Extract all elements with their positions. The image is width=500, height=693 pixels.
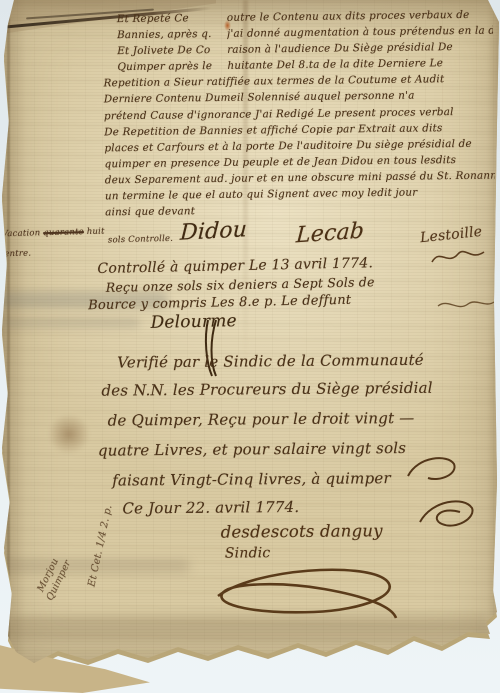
control-line-squiggle [436,296,496,314]
scanner-background: Et Repeté Ce outre le Contenu aux dits p… [0,0,500,693]
signature-didou: Didou [179,217,247,246]
signature-lestoille: Lestoille [419,224,483,246]
margin-note-struck-word: quarante [43,227,84,238]
act-left-segment: Bannies, après q. [95,26,227,44]
line-end-curl [404,450,460,486]
damp-stain [48,414,90,454]
margin-note-suffix: huit [84,227,105,238]
act-text-block: Et Repeté Ce outre le Contenu aux dits p… [95,7,496,221]
signature-lecab: Lecab [295,219,365,249]
manuscript-page: Et Repeté Ce outre le Contenu aux dits p… [0,0,500,678]
verification-line2: des N.N. les Procureurs du Siège présidi… [101,378,487,399]
date-paraph [414,492,480,538]
sindic-signature-flourish [196,556,406,628]
act-left-segment: Et Repeté Ce [95,10,227,28]
verification-line3: de Quimper, Reçu pour le droit vingt — [108,408,488,429]
act-closing-line: ainsi que devant [97,200,495,221]
act-left-segment: Quimper après le [95,58,227,76]
act-right-segment: huitante Del 8.ta de la dite Derniere Le [227,55,493,74]
control-registration-block: Controllé à quimper Le 13 avril 1774. Re… [87,253,492,334]
margin-note-prefix: Vacation [2,228,44,239]
verification-line1: Verifié par le Sindic de la Communauté [117,350,487,371]
act-left-segment: Et Jolivete De Co [95,42,227,60]
